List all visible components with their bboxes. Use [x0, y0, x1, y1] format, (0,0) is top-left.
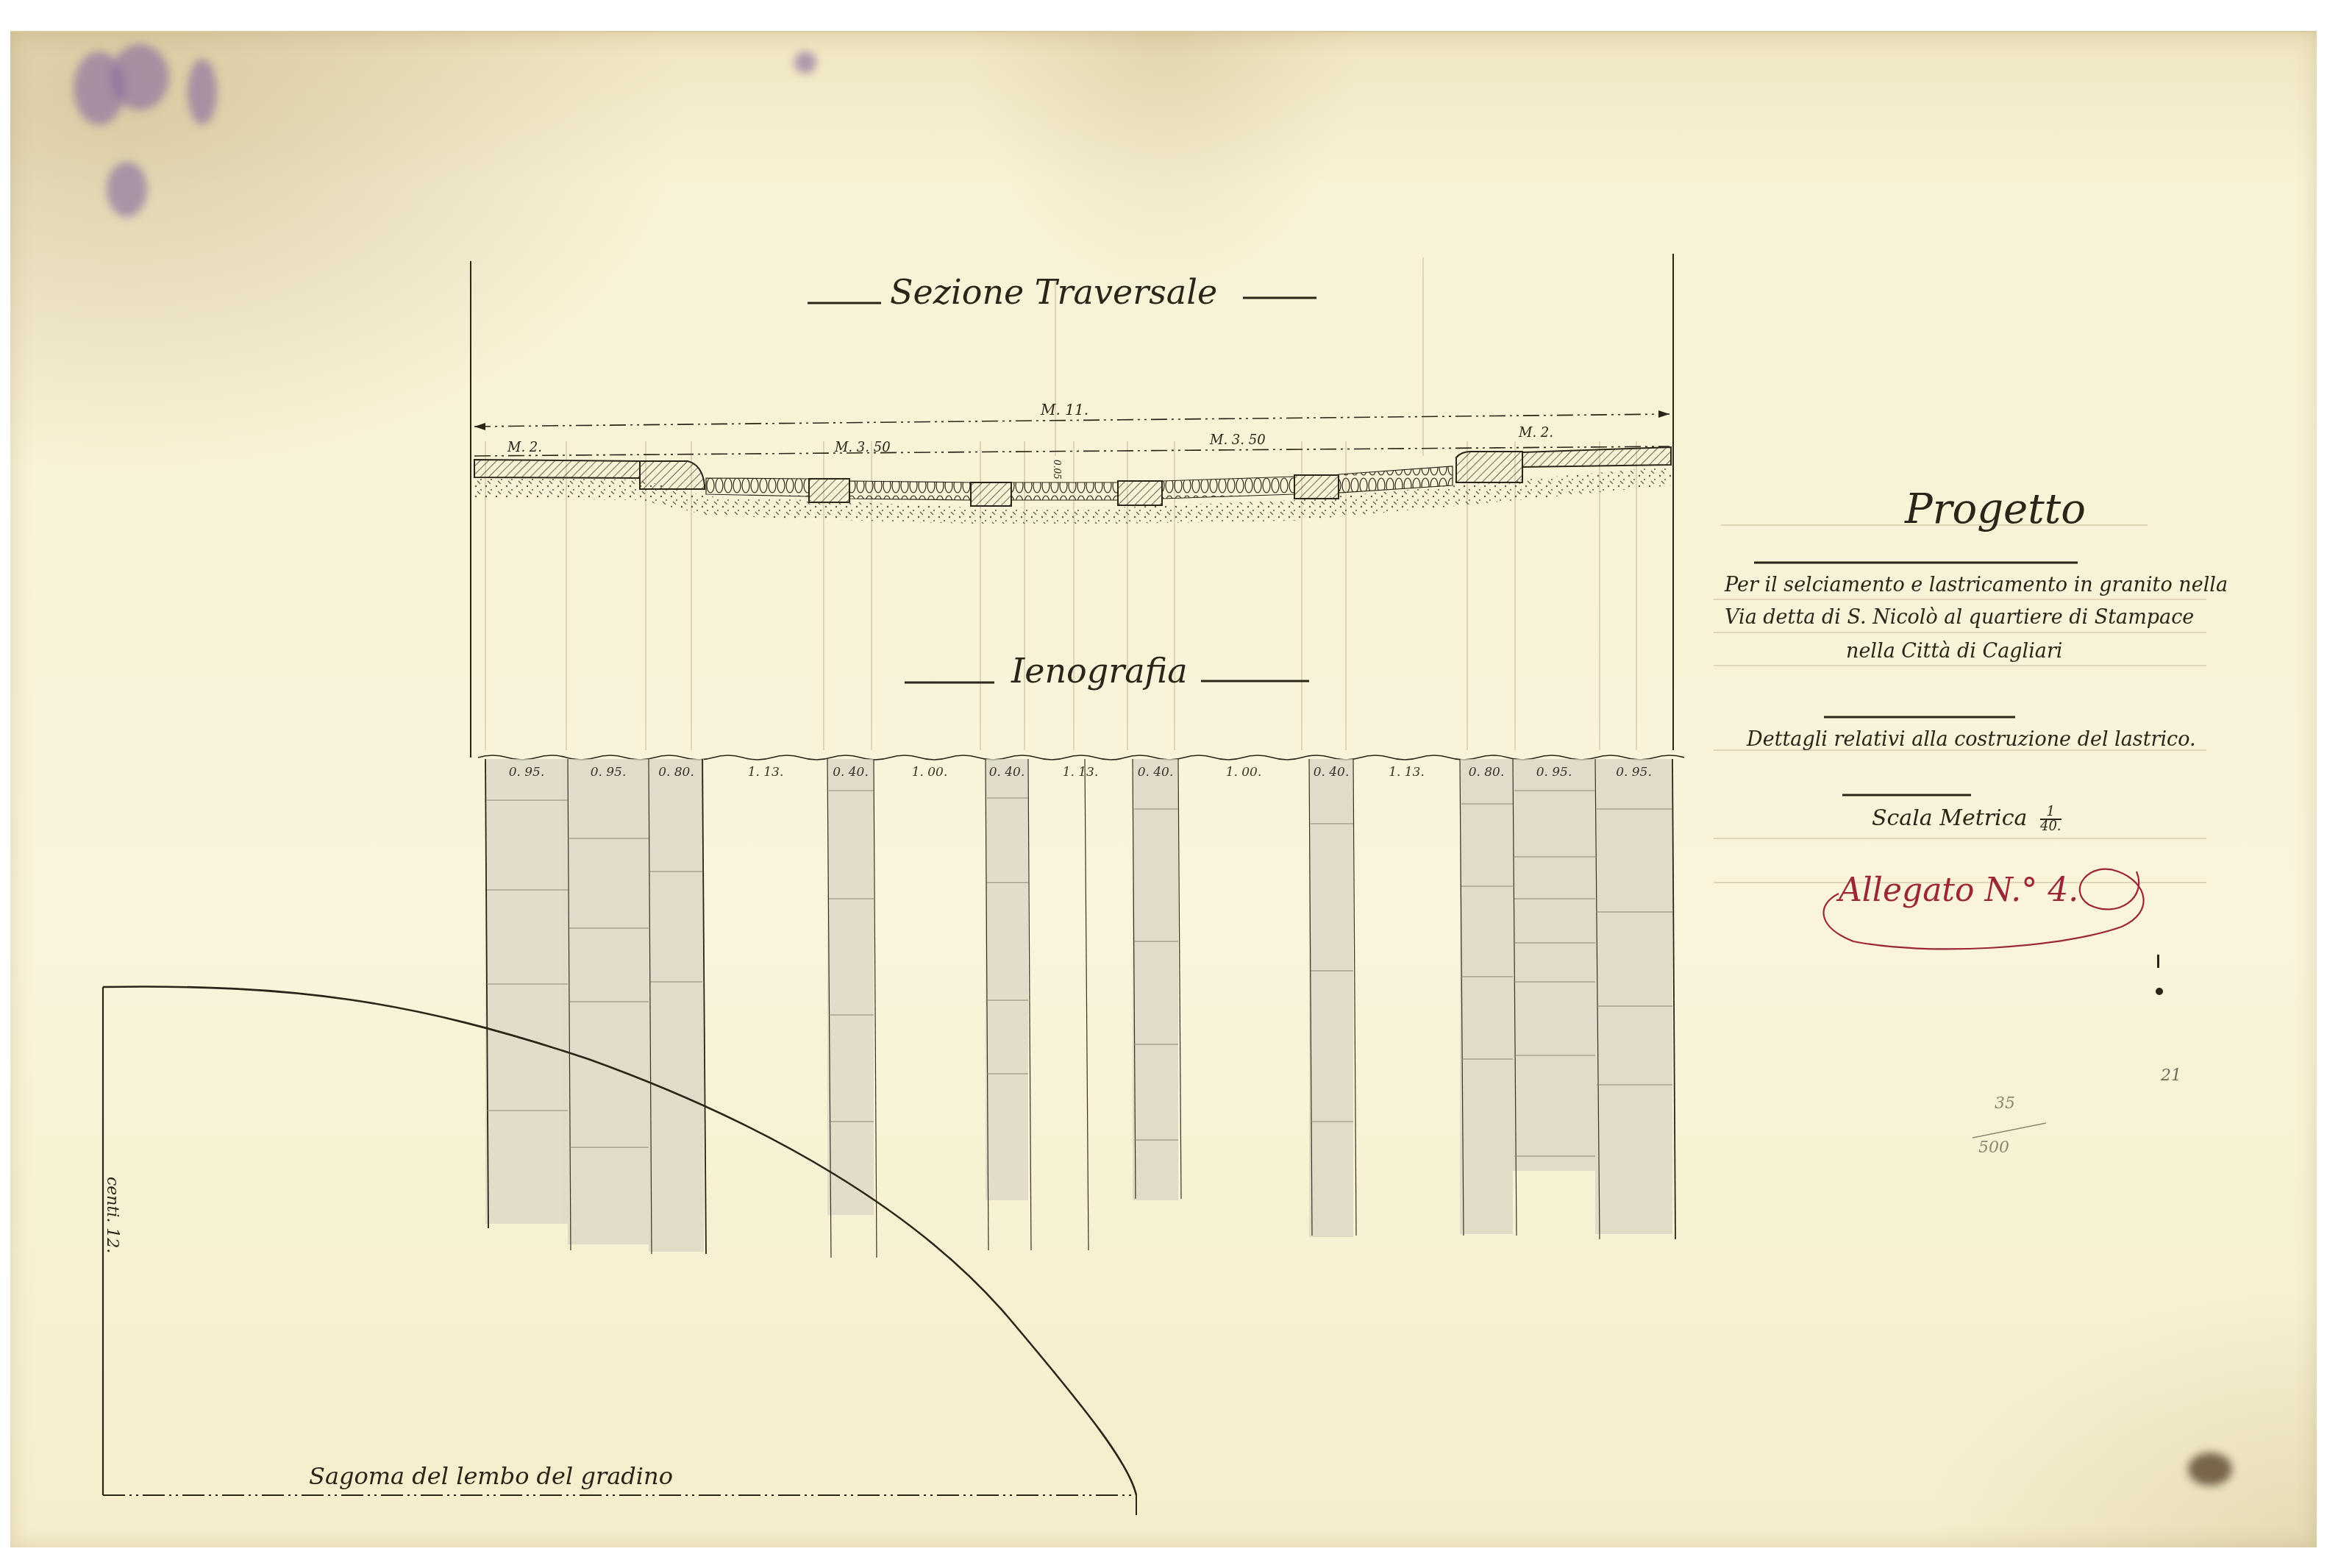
column-width-label: 1. 13.	[1028, 765, 1133, 780]
project-description-line-3: nella Città di Cagliari	[1846, 640, 2062, 663]
annex-number: Allegato N.° 4.	[1839, 872, 2078, 909]
pencil-note-fraction-top: 35	[1995, 1094, 2015, 1113]
scale-numerator: 1	[2040, 805, 2061, 820]
pencil-note-fraction-bottom: 500	[1978, 1138, 2009, 1157]
column-width-label: 0. 40.	[986, 765, 1028, 780]
column-width-label: 0. 40.	[1133, 765, 1178, 780]
column-width-label: 0. 40.	[1309, 765, 1353, 780]
left-sidewalk-dimension: M. 2.	[507, 440, 542, 455]
scale-label: Scala Metrica 1 40.	[1872, 805, 2061, 833]
project-description-line-2: Via detta di S. Nicolò al quartiere di S…	[1725, 606, 2194, 629]
center-marker: 0.05	[1052, 460, 1062, 480]
right-sidewalk-dimension: M. 2.	[1519, 425, 1553, 441]
column-width-label: 0. 80.	[649, 765, 704, 780]
overall-dimension-label: M. 11.	[1041, 401, 1088, 418]
scale-denominator: 40.	[2040, 820, 2061, 833]
pencil-note-number: 21	[2161, 1066, 2181, 1085]
column-width-label: 0. 95.	[485, 765, 568, 780]
plan-title: Ienografia	[1011, 651, 1188, 691]
drawing-linework	[0, 0, 2327, 1568]
project-description-line-1: Per il selciamento e lastricamento in gr…	[1725, 574, 2228, 596]
column-width-label: 0. 80.	[1460, 765, 1513, 780]
column-width-label: 0. 95.	[568, 765, 649, 780]
column-width-label: 1. 00.	[1178, 765, 1309, 780]
column-width-label: 0. 95.	[1595, 765, 1672, 780]
drawing-subtitle: Dettagli relativi alla costruzione del l…	[1747, 728, 2196, 751]
scale-text: Scala Metrica	[1872, 805, 2027, 831]
column-width-label: 1. 13.	[704, 765, 827, 780]
column-width-label: 0. 40.	[827, 765, 874, 780]
column-width-label: 1. 13.	[1353, 765, 1460, 780]
step-height-dimension: centi. 12.	[103, 1177, 121, 1253]
column-width-label: 0. 95.	[1513, 765, 1595, 780]
cross-section-title: Sezione Traversale	[890, 272, 1217, 312]
left-roadway-dimension: M. 3. 50	[835, 440, 891, 455]
column-width-label: 1. 00.	[874, 765, 986, 780]
project-heading: Progetto	[1905, 485, 2086, 533]
step-profile-label: Sagoma del lembo del gradino	[309, 1462, 673, 1490]
right-roadway-dimension: M. 3. 50	[1210, 432, 1266, 448]
scale-fraction: 1 40.	[2040, 805, 2061, 833]
